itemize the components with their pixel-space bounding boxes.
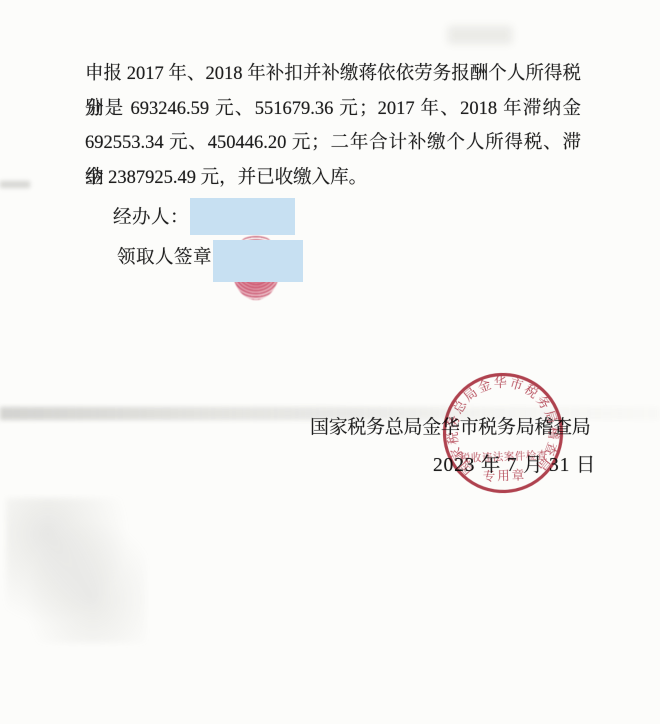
- paragraph-line: 别是 693246.59 元、551679.36 元；2017 年、2018 年…: [85, 92, 581, 127]
- handler-label: 经办人：: [113, 203, 189, 229]
- seal-bottom-text: 专用章: [482, 467, 526, 484]
- official-seal: 国家税务总局金华市税务局稽查局 税收违法案件检查 专用章: [438, 368, 568, 498]
- recipient-redaction-box: [213, 240, 303, 282]
- paragraph-line: 申报 2017 年、2018 年补扣并补缴蒋依依劳务报酬个人所得税分: [85, 57, 581, 92]
- scan-smudge-edge: [0, 181, 30, 188]
- body-paragraph: 申报 2017 年、2018 年补扣并补缴蒋依依劳务报酬个人所得税分 别是 69…: [85, 57, 581, 195]
- paragraph-line: 金 2387925.49 元，并已收缴入库。: [85, 161, 581, 196]
- paragraph-line: 692553.34 元、450446.20 元；二年合计补缴个人所得税、滞纳: [85, 126, 581, 161]
- document-page: 申报 2017 年、2018 年补扣并补缴蒋依依劳务报酬个人所得税分 别是 69…: [0, 0, 660, 724]
- scan-smudge-top: [448, 26, 512, 44]
- scan-smudge-left: [6, 498, 146, 643]
- handler-redaction-box: [190, 198, 295, 235]
